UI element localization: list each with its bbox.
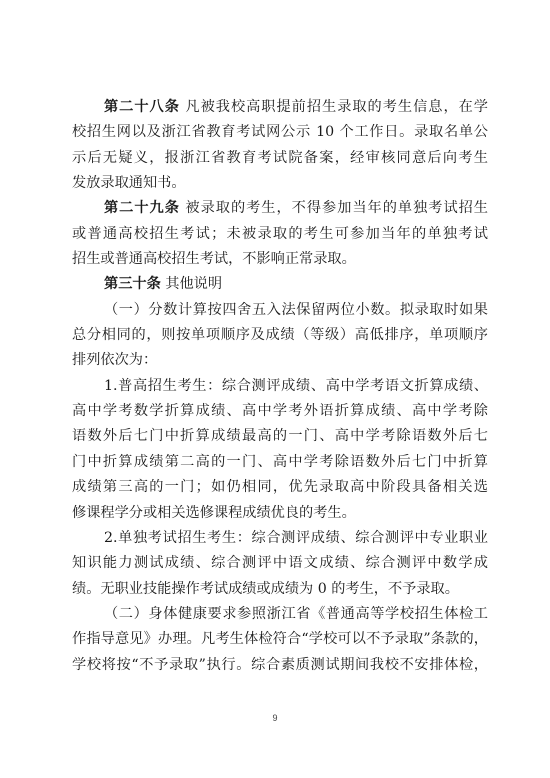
text-line: 第二十九条 被录取的考生，不得参加当年的单独考试招生 — [72, 196, 488, 221]
text-line: 招生或普通高校招生考试，不影响正常录取。 — [72, 247, 488, 272]
document-page: 第二十八条 凡被我校高职提前招生录取的考生信息，在学 校招生网以及浙江省教育考试… — [0, 0, 550, 778]
text-line: 或普通高校招生考试；未被录取的考生可参加当年的单独考试 — [72, 222, 488, 247]
text-line: 门中折算成绩第二高的一门、高中学考除语数外后七门中折算 — [72, 450, 488, 475]
text-line: 语数外后七门中折算成绩最高的一门、高中学考除语数外后七 — [72, 424, 488, 449]
text-line: 修课程学分或相关选修课程成绩优良的考生。 — [72, 501, 488, 526]
article-text: 其他说明 — [161, 276, 222, 292]
text-line: 第三十条 其他说明 — [72, 272, 488, 297]
article-text: 被录取的考生，不得参加当年的单独考试招生 — [180, 200, 488, 216]
article-28: 第二十八条 凡被我校高职提前招生录取的考生信息，在学 校招生网以及浙江省教育考试… — [72, 95, 488, 196]
article-heading: 第二十八条 — [104, 99, 180, 115]
text-line: 学校将按“不予录取”执行。综合素质测试期间我校不安排体检， — [72, 653, 488, 678]
article-heading: 第三十条 — [104, 276, 161, 292]
text-line: 成绩第三高的一门；如仍相同，优先录取高中阶段具备相关选 — [72, 475, 488, 500]
text-line: 2.单独考试招生考生：综合测评成绩、综合测评中专业职业 — [72, 526, 488, 551]
text-line: 高中学考数学折算成绩、高中学考外语折算成绩、高中学考除 — [72, 399, 488, 424]
paragraph-general-high-school: 1.普高招生考生：综合测评成绩、高中学考语文折算成绩、 高中学考数学折算成绩、高… — [72, 374, 488, 526]
text-line: 1.普高招生考生：综合测评成绩、高中学考语文折算成绩、 — [72, 374, 488, 399]
text-line: 排列依次为： — [72, 348, 488, 373]
text-line: 示后无疑义，报浙江省教育考试院备案，经审核同意后向考生 — [72, 146, 488, 171]
paragraph-health-requirements: （二）身体健康要求参照浙江省《普通高等学校招生体检工 作指导意见》办理。凡考生体… — [72, 602, 488, 678]
paragraph-score-rules: （一）分数计算按四舍五入法保留两位小数。拟录取时如果 总分相同的，则按单项顺序及… — [72, 298, 488, 374]
text-line: 绩。无职业技能操作考试成绩或成绩为 0 的考生，不予录取。 — [72, 577, 488, 602]
article-heading: 第二十九条 — [104, 200, 180, 216]
document-body: 第二十八条 凡被我校高职提前招生录取的考生信息，在学 校招生网以及浙江省教育考试… — [72, 95, 488, 678]
text-line: （一）分数计算按四舍五入法保留两位小数。拟录取时如果 — [72, 298, 488, 323]
article-text: 凡被我校高职提前招生录取的考生信息，在学 — [180, 99, 488, 115]
paragraph-independent-exam: 2.单独考试招生考生：综合测评成绩、综合测评中专业职业 知识能力测试成绩、综合测… — [72, 526, 488, 602]
article-30: 第三十条 其他说明 — [72, 272, 488, 297]
text-line: 第二十八条 凡被我校高职提前招生录取的考生信息，在学 — [72, 95, 488, 120]
page-number: 9 — [0, 713, 550, 723]
text-line: 发放录取通知书。 — [72, 171, 488, 196]
text-line: 校招生网以及浙江省教育考试网公示 10 个工作日。录取名单公 — [72, 120, 488, 145]
text-line: （二）身体健康要求参照浙江省《普通高等学校招生体检工 — [72, 602, 488, 627]
text-line: 总分相同的，则按单项顺序及成绩（等级）高低排序，单项顺序 — [72, 323, 488, 348]
text-line: 知识能力测试成绩、综合测评中语文成绩、综合测评中数学成 — [72, 551, 488, 576]
article-29: 第二十九条 被录取的考生，不得参加当年的单独考试招生 或普通高校招生考试；未被录… — [72, 196, 488, 272]
text-line: 作指导意见》办理。凡考生体检符合“学校可以不予录取”条款的， — [72, 627, 488, 652]
